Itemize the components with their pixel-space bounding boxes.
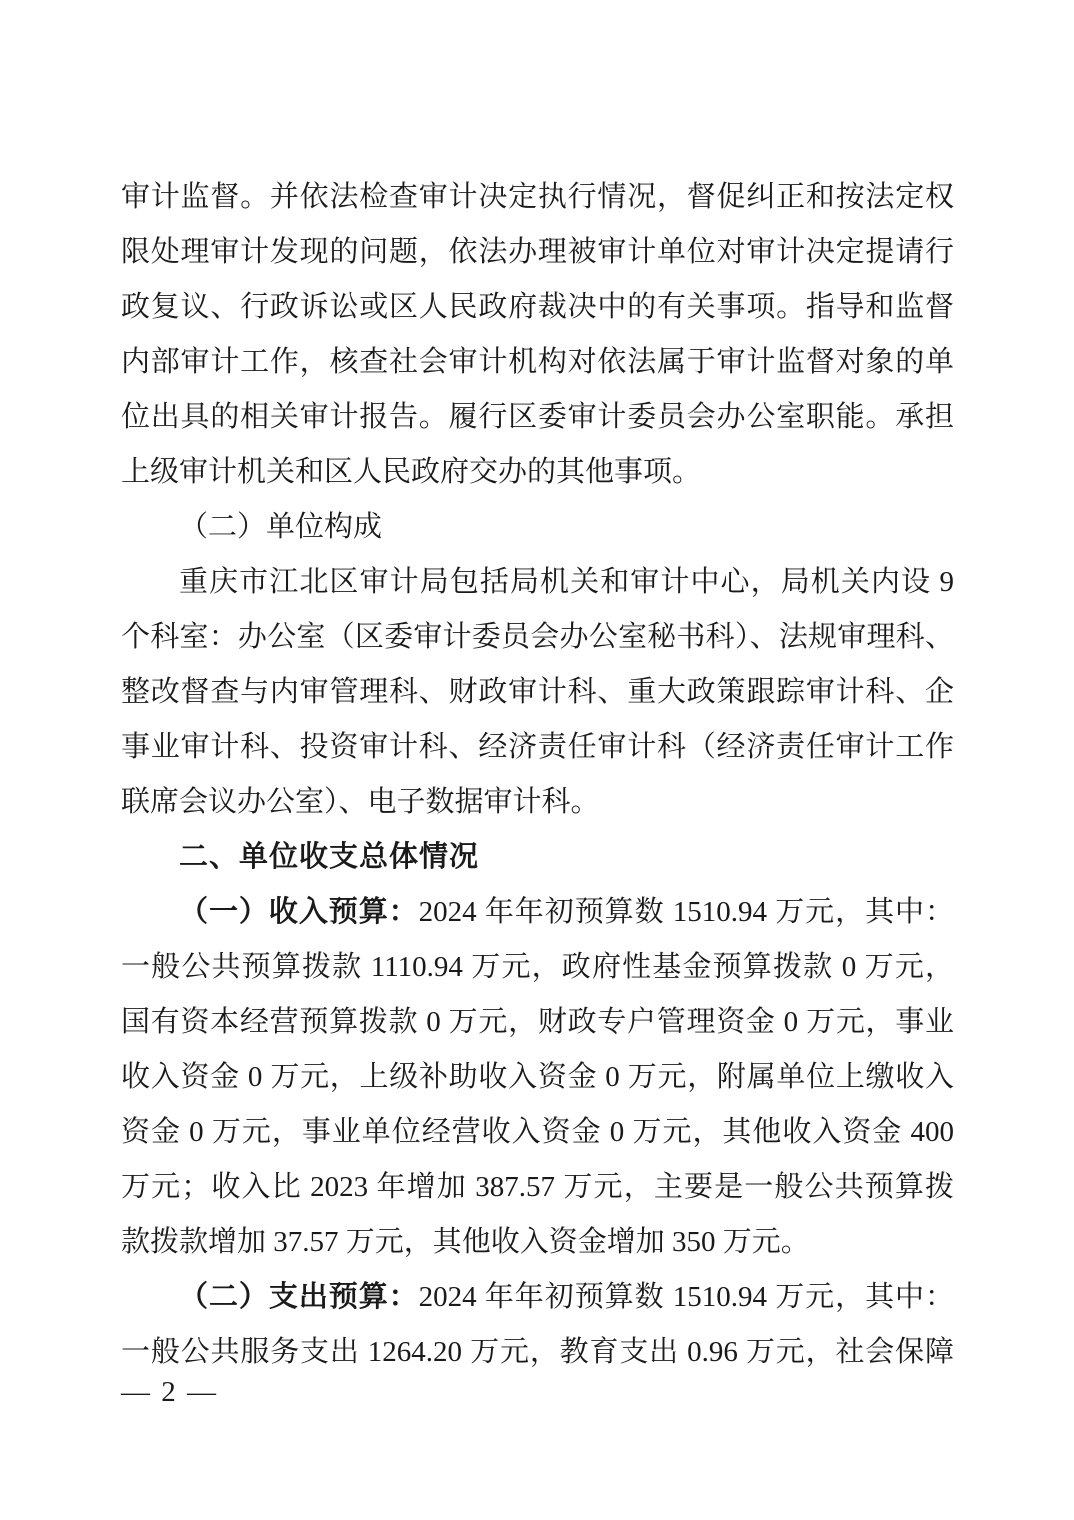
text-line: 事业审计科、投资审计科、经济责任审计科（经济责任审计工作 <box>121 720 954 775</box>
text-segment: 政复议、行政诉讼或区人民政府裁决中的有关事项。指导和监督 <box>121 291 954 323</box>
text-line: 审计监督。并依法检查审计决定执行情况，督促纠正和按法定权 <box>121 170 954 225</box>
text-segment: 收入资金 0 万元，上级补助收入资金 0 万元，附属单位上缴收入 <box>121 1061 954 1093</box>
text-segment: 位出具的相关审计报告。履行区委审计委员会办公室职能。承担 <box>121 401 954 433</box>
text-line: （二）单位构成 <box>121 500 954 555</box>
text-segment: （一）收入预算： <box>179 896 419 928</box>
text-line: 个科室：办公室（区委审计委员会办公室秘书科）、法规审理科、 <box>121 610 954 665</box>
document-page: 审计监督。并依法检查审计决定执行情况，督促纠正和按法定权限处理审计发现的问题，依… <box>0 0 1074 1520</box>
text-line: 资金 0 万元，事业单位经营收入资金 0 万元，其他收入资金 400 <box>121 1105 954 1160</box>
page-number-footer: — 2 — <box>121 1372 218 1412</box>
text-segment: 一般公共预算拨款 1110.94 万元，政府性基金预算拨款 0 万元， <box>121 951 954 983</box>
text-line: （一）收入预算：2024 年年初预算数 1510.94 万元，其中： <box>121 885 954 940</box>
text-segment: 重庆市江北区审计局包括局机关和审计中心，局机关内设 9 <box>179 566 954 598</box>
text-line: 上级审计机关和区人民政府交办的其他事项。 <box>121 445 954 500</box>
text-segment: 限处理审计发现的问题，依法办理被审计单位对审计决定提请行 <box>121 236 954 268</box>
text-segment: 二、单位收支总体情况 <box>179 841 479 873</box>
text-segment: 内部审计工作，核查社会审计机构对依法属于审计监督对象的单 <box>121 346 954 378</box>
text-line: 万元；收入比 2023 年增加 387.57 万元，主要是一般公共预算拨 <box>121 1160 954 1215</box>
text-line: （二）支出预算：2024 年年初预算数 1510.94 万元，其中： <box>121 1270 954 1325</box>
text-segment: 2024 年年初预算数 1510.94 万元，其中： <box>419 1281 954 1313</box>
text-line: 政复议、行政诉讼或区人民政府裁决中的有关事项。指导和监督 <box>121 280 954 335</box>
text-segment: 联席会议办公室）、电子数据审计科。 <box>121 786 600 818</box>
text-line: 收入资金 0 万元，上级补助收入资金 0 万元，附属单位上缴收入 <box>121 1050 954 1105</box>
text-line: 一般公共服务支出 1264.20 万元，教育支出 0.96 万元，社会保障 <box>121 1325 954 1380</box>
text-segment: 款拨款增加 37.57 万元，其他收入资金增加 350 万元。 <box>121 1226 810 1258</box>
text-line: 款拨款增加 37.57 万元，其他收入资金增加 350 万元。 <box>121 1215 954 1270</box>
text-segment: （二）支出预算： <box>179 1281 419 1313</box>
text-line: 国有资本经营预算拨款 0 万元，财政专户管理资金 0 万元，事业 <box>121 995 954 1050</box>
text-line: 重庆市江北区审计局包括局机关和审计中心，局机关内设 9 <box>121 555 954 610</box>
text-line: 位出具的相关审计报告。履行区委审计委员会办公室职能。承担 <box>121 390 954 445</box>
text-segment: 整改督查与内审管理科、财政审计科、重大政策跟踪审计科、企 <box>121 676 954 708</box>
text-segment: （二）单位构成 <box>179 511 382 543</box>
text-line: 限处理审计发现的问题，依法办理被审计单位对审计决定提请行 <box>121 225 954 280</box>
text-segment: 2024 年年初预算数 1510.94 万元，其中： <box>419 896 954 928</box>
text-segment: 审计监督。并依法检查审计决定执行情况，督促纠正和按法定权 <box>121 181 954 213</box>
text-segment: 事业审计科、投资审计科、经济责任审计科（经济责任审计工作 <box>121 731 954 763</box>
text-line: 整改督查与内审管理科、财政审计科、重大政策跟踪审计科、企 <box>121 665 954 720</box>
text-segment: 资金 0 万元，事业单位经营收入资金 0 万元，其他收入资金 400 <box>121 1116 954 1148</box>
text-line: 联席会议办公室）、电子数据审计科。 <box>121 775 954 830</box>
text-segment: 个科室：办公室（区委审计委员会办公室秘书科）、法规审理科、 <box>121 621 954 653</box>
text-line: 二、单位收支总体情况 <box>121 830 954 885</box>
text-segment: 上级审计机关和区人民政府交办的其他事项。 <box>121 456 701 488</box>
text-segment: 国有资本经营预算拨款 0 万元，财政专户管理资金 0 万元，事业 <box>121 1006 954 1038</box>
text-segment: 万元；收入比 2023 年增加 387.57 万元，主要是一般公共预算拨 <box>121 1171 954 1203</box>
text-line: 一般公共预算拨款 1110.94 万元，政府性基金预算拨款 0 万元， <box>121 940 954 995</box>
text-segment: 一般公共服务支出 1264.20 万元，教育支出 0.96 万元，社会保障 <box>121 1336 954 1368</box>
text-block: 审计监督。并依法检查审计决定执行情况，督促纠正和按法定权限处理审计发现的问题，依… <box>121 170 954 1380</box>
text-line: 内部审计工作，核查社会审计机构对依法属于审计监督对象的单 <box>121 335 954 390</box>
